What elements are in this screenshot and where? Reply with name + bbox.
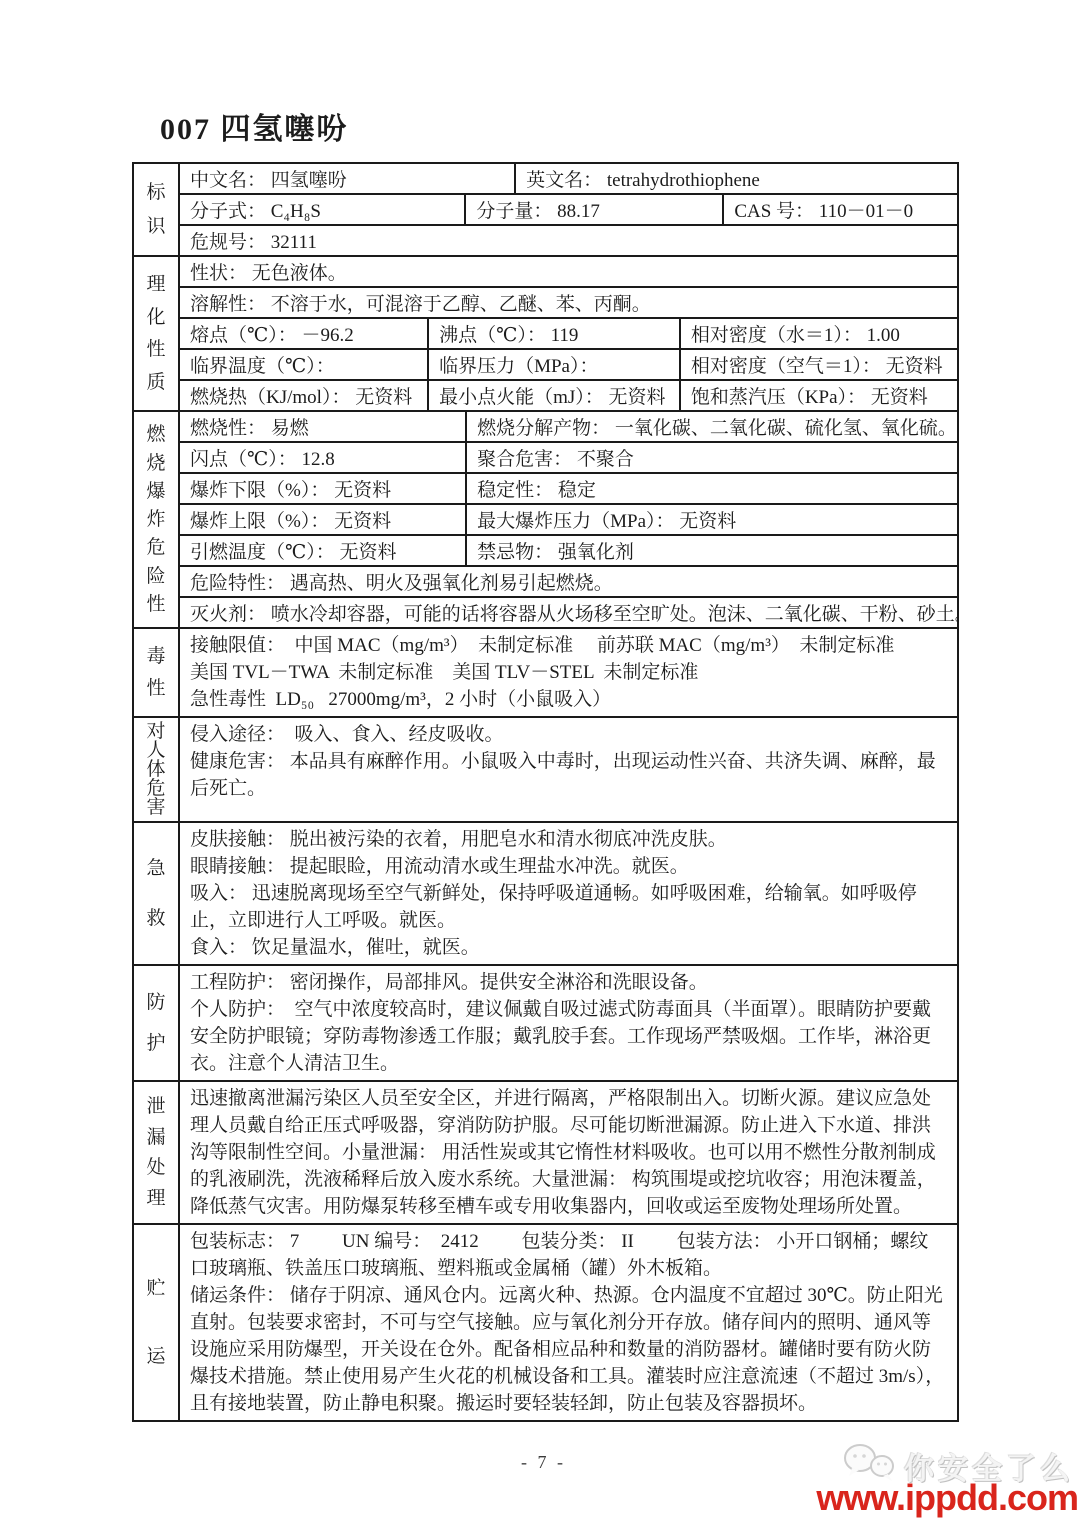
section-label-toxicity: 毒性 — [134, 629, 178, 716]
cell-hazard-characteristics: 危险特性： 遇高热、明火及强氧化剂易引起燃烧。 — [180, 567, 957, 596]
cell-boiling-point: 沸点（℃）： 119 — [427, 319, 679, 348]
table-row: 引燃温度（℃）： 无资料 禁忌物： 强氧化剂 — [180, 534, 957, 565]
cell-stability: 稳定性： 稳定 — [465, 474, 957, 503]
table-row: 迅速撤离泄漏污染区人员至安全区，并进行隔离，严格限制出入。切断火源。建议应急处理… — [180, 1082, 957, 1223]
msds-table: 标识 中文名： 四氢噻吩 英文名： tetrahydrothiophene 分子… — [132, 162, 959, 1422]
table-row: 侵入途径： 吸入、食入、经皮吸收。 健康危害： 本品具有麻醉作用。小鼠吸入中毒时… — [180, 718, 957, 819]
watermark: 你安全了么 www.ippdd.com — [780, 1442, 1080, 1519]
section-label-fire-explosion: 燃烧爆炸危险性 — [134, 412, 178, 627]
cell-explosion-lower-limit: 爆炸下限（%）： 无资料 — [180, 474, 465, 503]
cell-dangerous-goods-code: 危规号： 32111 — [180, 226, 957, 255]
cell-relative-density-water: 相对密度（水＝1）： 1.00 — [679, 319, 957, 348]
cell-incompatibilities: 禁忌物： 强氧化剂 — [465, 536, 957, 565]
cell-storage-transport-text: 包装标志： 7 UN 编号： 2412 包装分类： II 包装方法： 小开口钢桶… — [180, 1225, 957, 1420]
cell-english-name: 英文名： tetrahydrothiophene — [514, 164, 957, 193]
table-row: 熔点（℃）： －96.2 沸点（℃）： 119 相对密度（水＝1）： 1.00 — [180, 317, 957, 348]
cell-polymerization-hazard: 聚合危害： 不聚合 — [465, 443, 957, 472]
cell-flammability: 燃烧性： 易燃 — [180, 412, 465, 441]
section-label-storage-transport: 贮运 — [134, 1225, 178, 1420]
section-label-human-harm: 对人体危害 — [134, 718, 178, 821]
cell-leak-handling-text: 迅速撤离泄漏污染区人员至安全区，并进行隔离，严格限制出入。切断火源。建议应急处理… — [180, 1082, 957, 1223]
table-row: 爆炸下限（%）： 无资料 稳定性： 稳定 — [180, 472, 957, 503]
section-identification: 标识 中文名： 四氢噻吩 英文名： tetrahydrothiophene 分子… — [134, 164, 957, 255]
table-row: 性状： 无色液体。 — [180, 257, 957, 286]
table-row: 灭火剂： 喷水冷却容器，可能的话将容器从火场移至空旷处。泡沫、二氧化碳、干粉、砂… — [180, 596, 957, 627]
section-leak-handling: 泄漏处理 迅速撤离泄漏污染区人员至安全区，并进行隔离，严格限制出入。切断火源。建… — [134, 1080, 957, 1223]
cell-relative-density-air: 相对密度（空气＝1）： 无资料 — [679, 350, 957, 379]
cell-min-ignition-energy: 最小点火能（mJ）： 无资料 — [427, 381, 679, 410]
msds-page: 007 四氢噻吩 标识 中文名： 四氢噻吩 英文名： tetrahydrothi… — [0, 0, 1080, 1527]
table-row: 溶解性： 不溶于水，可混溶于乙醇、乙醚、苯、丙酮。 — [180, 286, 957, 317]
cell-chinese-name: 中文名： 四氢噻吩 — [180, 164, 514, 193]
page-title: 007 四氢噻吩 — [160, 104, 349, 148]
table-row: 分子式： C₄H₈S 分子量： 88.17 CAS 号： 110－01－0 — [180, 193, 957, 224]
cell-melting-point: 熔点（℃）： －96.2 — [180, 319, 427, 348]
section-physical-chemical: 理化性质 性状： 无色液体。 溶解性： 不溶于水，可混溶于乙醇、乙醚、苯、丙酮。… — [134, 255, 957, 410]
cell-protection-text: 工程防护： 密闭操作，局部排风。提供安全淋浴和洗眼设备。 个人防护： 空气中浓度… — [180, 966, 957, 1080]
table-row: 危险特性： 遇高热、明火及强氧化剂易引起燃烧。 — [180, 565, 957, 596]
cell-cas-number: CAS 号： 110－01－0 — [722, 195, 957, 224]
cell-saturated-vapor-pressure: 饱和蒸汽压（KPa）： 无资料 — [679, 381, 957, 410]
table-row: 包装标志： 7 UN 编号： 2412 包装分类： II 包装方法： 小开口钢桶… — [180, 1225, 957, 1420]
table-row: 危规号： 32111 — [180, 224, 957, 255]
cell-critical-pressure: 临界压力（MPa）： — [427, 350, 679, 379]
cell-ignition-temperature: 引燃温度（℃）： 无资料 — [180, 536, 465, 565]
section-toxicity: 毒性 接触限值： 中国 MAC（mg/m³） 未制定标准 前苏联 MAC（mg/… — [134, 627, 957, 716]
section-label-physical-chemical: 理化性质 — [134, 257, 178, 410]
cell-combustion-products: 燃烧分解产物： 一氧化碳、二氧化碳、硫化氢、氧化硫。 — [465, 412, 957, 441]
cell-appearance: 性状： 无色液体。 — [180, 257, 957, 286]
cell-solubility: 溶解性： 不溶于水，可混溶于乙醇、乙醚、苯、丙酮。 — [180, 288, 957, 317]
table-row: 爆炸上限（%）： 无资料 最大爆炸压力（MPa）： 无资料 — [180, 503, 957, 534]
section-label-leak-handling: 泄漏处理 — [134, 1082, 178, 1223]
table-row: 皮肤接触： 脱出被污染的衣着，用肥皂水和清水彻底冲洗皮肤。 眼睛接触： 提起眼睑… — [180, 823, 957, 964]
cell-molecular-formula: 分子式： C₄H₈S — [180, 195, 464, 224]
section-label-identification: 标识 — [134, 164, 178, 255]
watermark-url: www.ippdd.com — [780, 1477, 1078, 1519]
section-storage-transport: 贮运 包装标志： 7 UN 编号： 2412 包装分类： II 包装方法： 小开… — [134, 1223, 957, 1420]
cell-extinguishing-agents: 灭火剂： 喷水冷却容器，可能的话将容器从火场移至空旷处。泡沫、二氧化碳、干粉、砂… — [180, 598, 957, 627]
table-row: 中文名： 四氢噻吩 英文名： tetrahydrothiophene — [180, 164, 957, 193]
cell-explosion-upper-limit: 爆炸上限（%）： 无资料 — [180, 505, 465, 534]
table-row: 工程防护： 密闭操作，局部排风。提供安全淋浴和洗眼设备。 个人防护： 空气中浓度… — [180, 966, 957, 1080]
table-row: 接触限值： 中国 MAC（mg/m³） 未制定标准 前苏联 MAC（mg/m³）… — [180, 629, 957, 716]
section-human-harm: 对人体危害 侵入途径： 吸入、食入、经皮吸收。 健康危害： 本品具有麻醉作用。小… — [134, 716, 957, 821]
table-row: 燃烧热（KJ/mol）： 无资料 最小点火能（mJ）： 无资料 饱和蒸汽压（KP… — [180, 379, 957, 410]
cell-combustion-heat: 燃烧热（KJ/mol）： 无资料 — [180, 381, 427, 410]
section-protection: 防护 工程防护： 密闭操作，局部排风。提供安全淋浴和洗眼设备。 个人防护： 空气… — [134, 964, 957, 1080]
table-row: 闪点（℃）： 12.8 聚合危害： 不聚合 — [180, 441, 957, 472]
cell-flash-point: 闪点（℃）： 12.8 — [180, 443, 465, 472]
cell-max-explosion-pressure: 最大爆炸压力（MPa）： 无资料 — [465, 505, 957, 534]
cell-toxicity-text: 接触限值： 中国 MAC（mg/m³） 未制定标准 前苏联 MAC（mg/m³）… — [180, 629, 957, 716]
table-row: 燃烧性： 易燃 燃烧分解产物： 一氧化碳、二氧化碳、硫化氢、氧化硫。 — [180, 412, 957, 441]
section-fire-explosion-hazard: 燃烧爆炸危险性 燃烧性： 易燃 燃烧分解产物： 一氧化碳、二氧化碳、硫化氢、氧化… — [134, 410, 957, 627]
section-first-aid: 急救 皮肤接触： 脱出被污染的衣着，用肥皂水和清水彻底冲洗皮肤。 眼睛接触： 提… — [134, 821, 957, 964]
section-label-protection: 防护 — [134, 966, 178, 1080]
cell-molecular-weight: 分子量： 88.17 — [464, 195, 722, 224]
cell-critical-temperature: 临界温度（℃）： — [180, 350, 427, 379]
cell-first-aid-text: 皮肤接触： 脱出被污染的衣着，用肥皂水和清水彻底冲洗皮肤。 眼睛接触： 提起眼睑… — [180, 823, 957, 964]
table-row: 临界温度（℃）： 临界压力（MPa）： 相对密度（空气＝1）： 无资料 — [180, 348, 957, 379]
cell-human-harm-text: 侵入途径： 吸入、食入、经皮吸收。 健康危害： 本品具有麻醉作用。小鼠吸入中毒时… — [180, 718, 957, 819]
section-label-first-aid: 急救 — [134, 823, 178, 964]
